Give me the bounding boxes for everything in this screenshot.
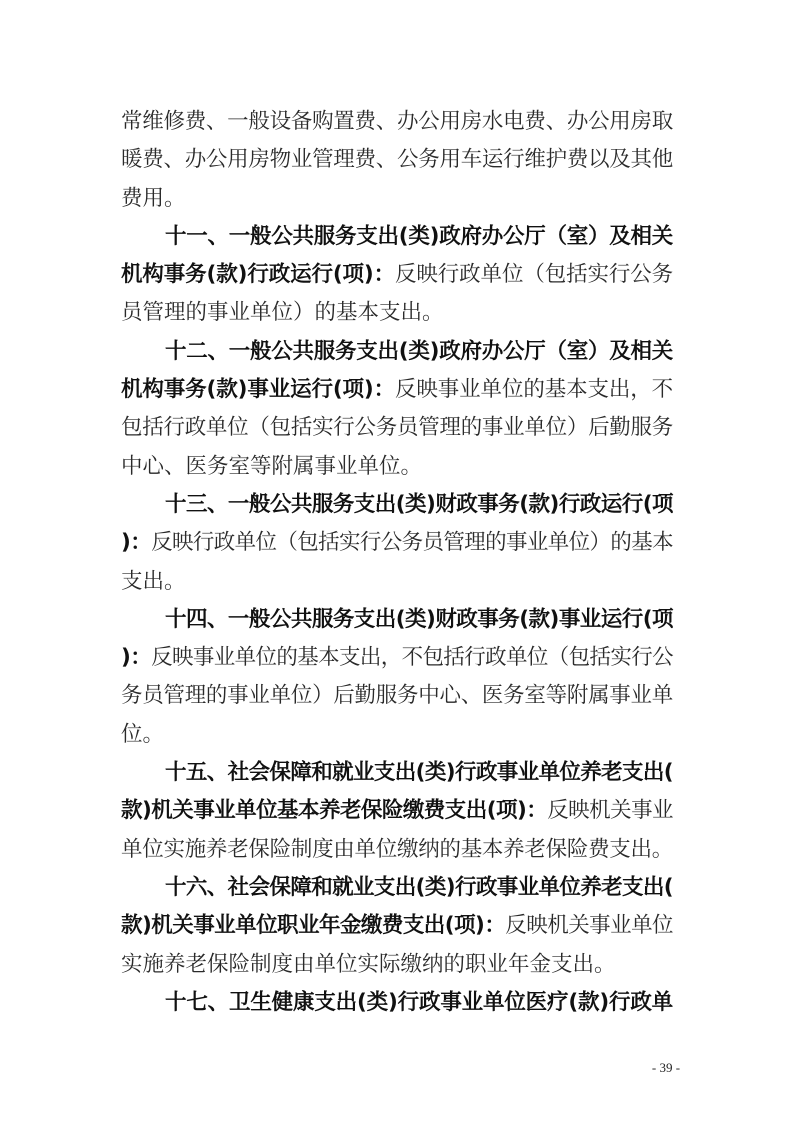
text-line: 支出。 (121, 563, 673, 601)
section-heading-14: 十四、一般公共服务支出(类)财政事务(款)事业运行(项 (121, 601, 673, 639)
line-bold-part: 机构事务(款)行政运行(项)： (121, 262, 395, 287)
line-bold-part: 十七、卫生健康支出(类)行政事业单位医疗(款)行政单 (165, 990, 673, 1015)
text-line: )：反映事业单位的基本支出，不包括行政单位（包括实行公 (121, 639, 673, 677)
line-bold-part: 十六、社会保障和就业支出(类)行政事业单位养老支出( (165, 875, 673, 900)
text-line: 位。 (121, 716, 673, 754)
line-bold-part: 十三、一般公共服务支出(类)财政事务(款)行政运行(项 (165, 492, 673, 517)
text-line: 实施养老保险制度由单位实际缴纳的职业年金支出。 (121, 946, 673, 984)
line-regular-part: 反映机关事业 (547, 798, 673, 823)
text-line: 常维修费、一般设备购置费、办公用房水电费、办公用房取 (121, 103, 673, 141)
line-regular-part: 暖费、办公用房物业管理费、公务用车运行维护费以及其他 (121, 147, 673, 172)
text-line: 员管理的事业单位）的基本支出。 (121, 294, 673, 332)
text-line: 暖费、办公用房物业管理费、公务用车运行维护费以及其他 (121, 141, 673, 179)
line-regular-part: 员管理的事业单位）的基本支出。 (121, 300, 444, 325)
section-heading-11: 十一、一般公共服务支出(类)政府办公厅（室）及相关 (121, 218, 673, 256)
line-regular-part: 反映行政单位（包括实行公务员管理的事业单位）的基本 (151, 530, 673, 555)
line-bold-part: )： (121, 530, 151, 555)
section-heading-15: 十五、社会保障和就业支出(类)行政事业单位养老支出( (121, 754, 673, 792)
line-regular-part: 常维修费、一般设备购置费、办公用房水电费、办公用房取 (121, 109, 673, 134)
section-heading-16: 十六、社会保障和就业支出(类)行政事业单位养老支出( (121, 869, 673, 907)
line-bold-part: 十一、一般公共服务支出(类)政府办公厅（室）及相关 (165, 224, 673, 249)
line-bold-part: 十二、一般公共服务支出(类)政府办公厅（室）及相关 (165, 339, 673, 364)
text-line: 款)机关事业单位职业年金缴费支出(项)：反映机关事业单位 (121, 907, 673, 945)
body-text: 常维修费、一般设备购置费、办公用房水电费、办公用房取 暖费、办公用房物业管理费、… (121, 103, 673, 1022)
line-bold-part: 机构事务(款)事业运行(项)： (121, 377, 395, 402)
text-line: 机构事务(款)事业运行(项)：反映事业单位的基本支出，不 (121, 371, 673, 409)
line-bold-part: 十四、一般公共服务支出(类)财政事务(款)事业运行(项 (165, 607, 673, 632)
line-regular-part: 反映行政单位（包括实行公务 (395, 262, 673, 287)
line-bold-part: 十五、社会保障和就业支出(类)行政事业单位养老支出( (165, 760, 673, 785)
line-regular-part: 包括行政单位（包括实行公务员管理的事业单位）后勤服务 (121, 415, 673, 440)
line-regular-part: 中心、医务室等附属事业单位。 (121, 454, 422, 479)
section-heading-13: 十三、一般公共服务支出(类)财政事务(款)行政运行(项 (121, 486, 673, 524)
text-line: 机构事务(款)行政运行(项)：反映行政单位（包括实行公务 (121, 256, 673, 294)
line-regular-part: 反映事业单位的基本支出，不包括行政单位（包括实行公 (151, 645, 673, 670)
text-line: 中心、医务室等附属事业单位。 (121, 448, 673, 486)
line-regular-part: 位。 (121, 722, 164, 747)
page-number: - 39 - (636, 1060, 696, 1076)
section-heading-12: 十二、一般公共服务支出(类)政府办公厅（室）及相关 (121, 333, 673, 371)
text-line: 单位实施养老保险制度由单位缴纳的基本养老保险费支出。 (121, 831, 673, 869)
line-regular-part: 支出。 (121, 569, 186, 594)
section-heading-17: 十七、卫生健康支出(类)行政事业单位医疗(款)行政单 (121, 984, 673, 1022)
line-regular-part: 实施养老保险制度由单位实际缴纳的职业年金支出。 (121, 952, 616, 977)
line-bold-part: )： (121, 645, 151, 670)
line-regular-part: 反映机关事业单位 (505, 913, 673, 938)
text-line: )：反映行政单位（包括实行公务员管理的事业单位）的基本 (121, 524, 673, 562)
line-regular-part: 反映事业单位的基本支出，不 (395, 377, 673, 402)
text-line: 包括行政单位（包括实行公务员管理的事业单位）后勤服务 (121, 409, 673, 447)
line-bold-part: 款)机关事业单位基本养老保险缴费支出(项)： (121, 798, 547, 823)
text-line: 务员管理的事业单位）后勤服务中心、医务室等附属事业单 (121, 677, 673, 715)
line-regular-part: 费用。 (121, 186, 186, 211)
line-bold-part: 款)机关事业单位职业年金缴费支出(项)： (121, 913, 505, 938)
document-page: 常维修费、一般设备购置费、办公用房水电费、办公用房取 暖费、办公用房物业管理费、… (0, 0, 793, 1122)
line-regular-part: 务员管理的事业单位）后勤服务中心、医务室等附属事业单 (121, 683, 673, 708)
line-regular-part: 单位实施养老保险制度由单位缴纳的基本养老保险费支出。 (121, 837, 673, 862)
text-line: 款)机关事业单位基本养老保险缴费支出(项)：反映机关事业 (121, 792, 673, 830)
text-line: 费用。 (121, 180, 673, 218)
